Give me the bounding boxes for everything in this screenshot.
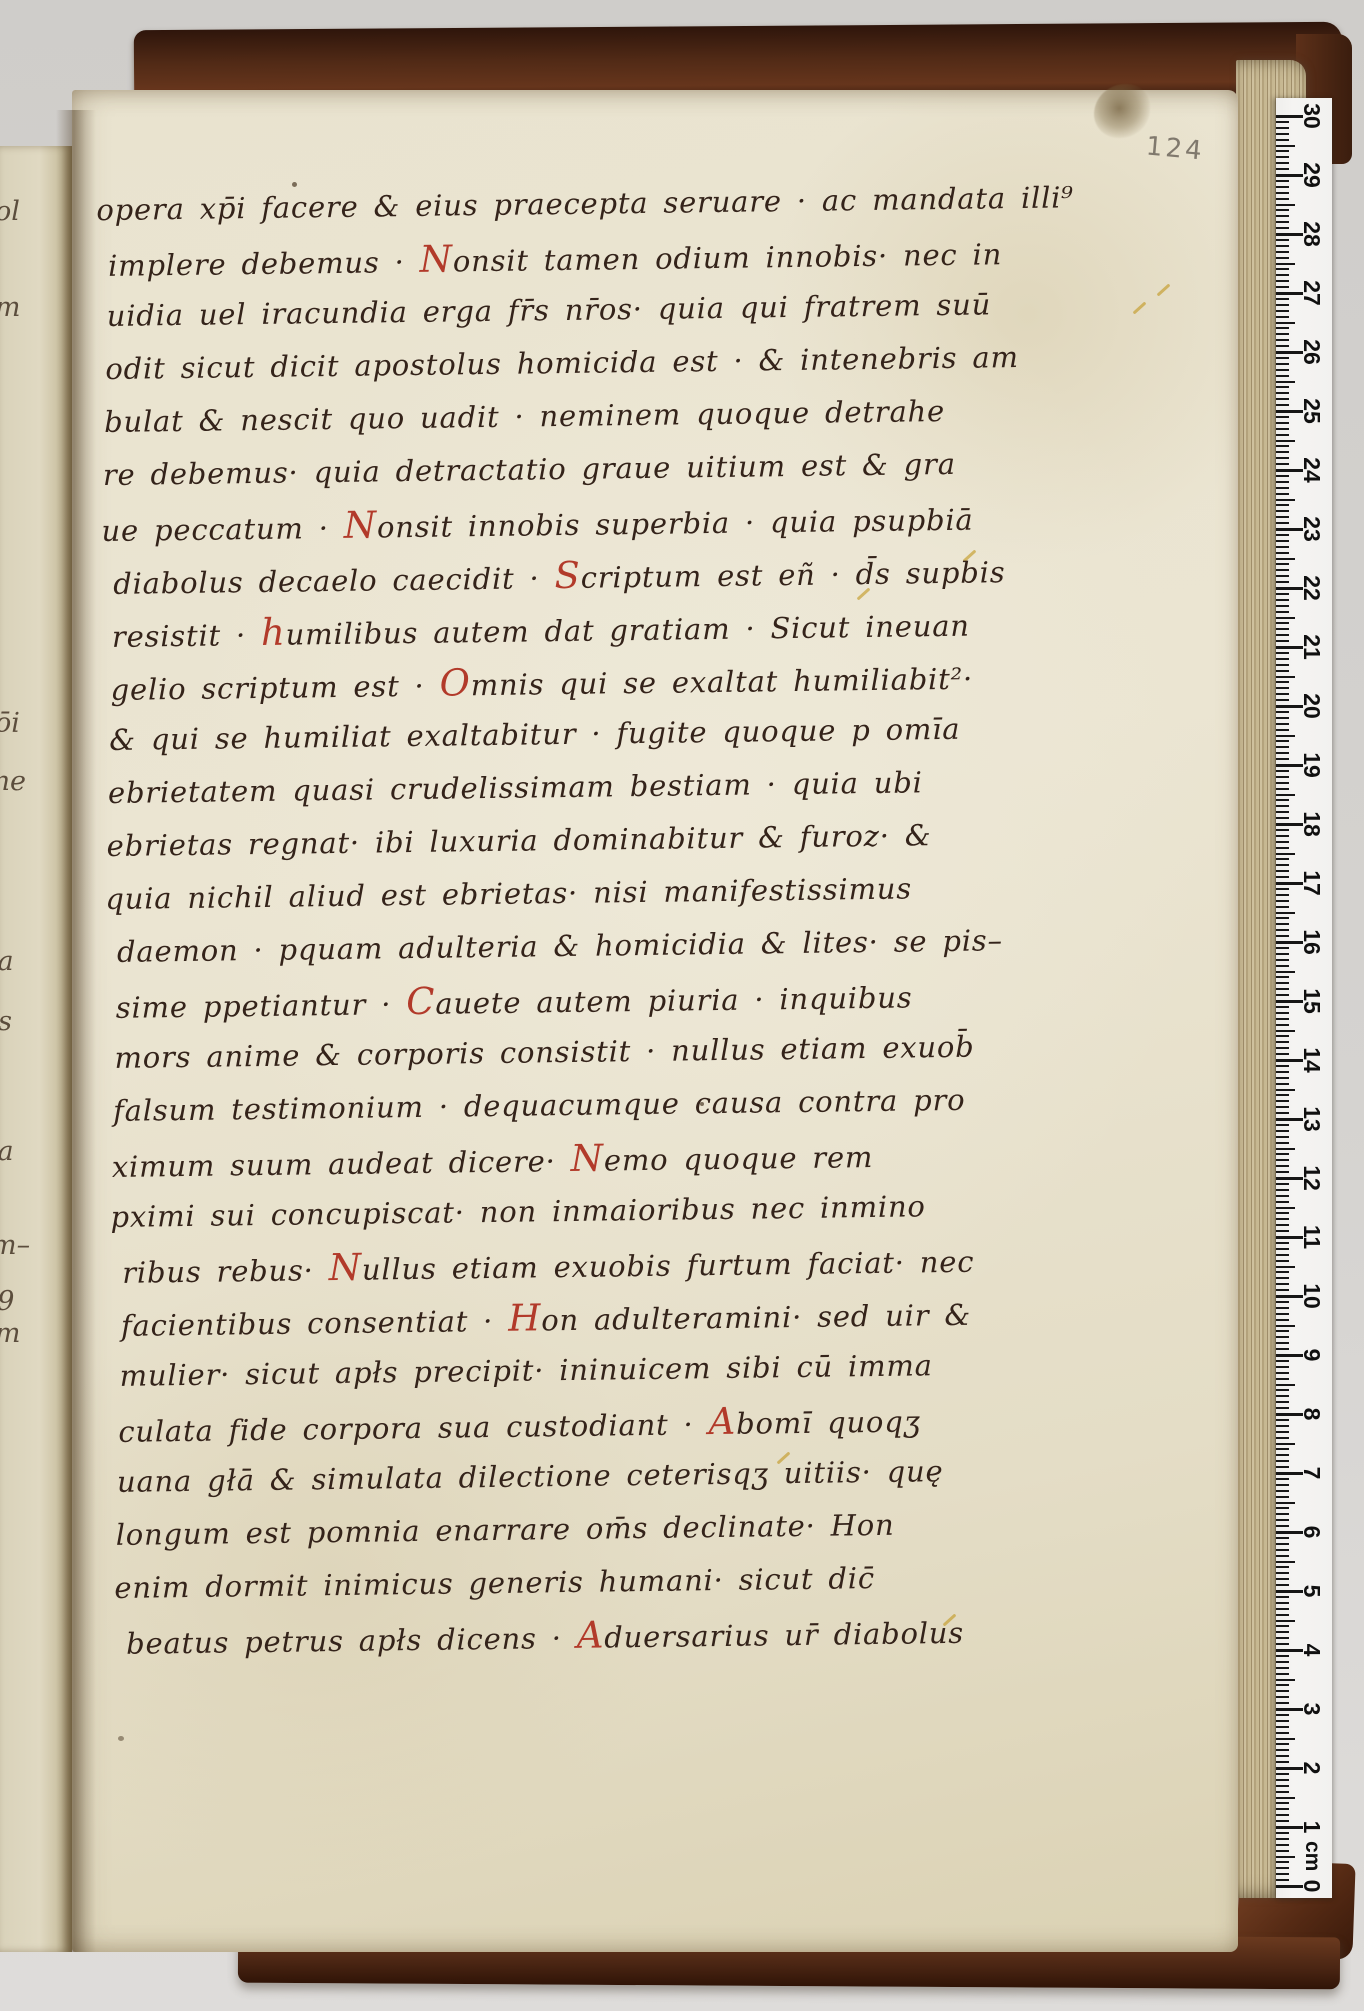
line-text: beatus petrus apłs dicens · xyxy=(126,1621,577,1661)
ruler-tick xyxy=(1276,1012,1289,1014)
ruler-tick xyxy=(1276,1879,1289,1881)
ruler-tick xyxy=(1276,1814,1289,1816)
ruler-tick xyxy=(1276,788,1289,790)
ruler-tick xyxy=(1276,310,1289,312)
ruler-tick xyxy=(1276,1572,1289,1574)
ruler-tick xyxy=(1276,1307,1289,1309)
ruler-tick xyxy=(1276,504,1289,506)
ruler-number: 18 xyxy=(1299,809,1325,839)
ruler-tick xyxy=(1276,1142,1289,1144)
ruler-tick xyxy=(1276,811,1289,813)
ruler-tick xyxy=(1276,357,1289,359)
ruler-number: 22 xyxy=(1299,573,1325,603)
ruler-tick xyxy=(1276,416,1289,418)
ruler-tick xyxy=(1276,133,1289,135)
ruler-tick xyxy=(1276,1714,1289,1716)
ruler-tick xyxy=(1276,209,1289,211)
ruler-tick xyxy=(1276,628,1289,630)
ruler-tick xyxy=(1276,1566,1289,1568)
ruler-tick xyxy=(1276,923,1289,925)
ruler-tick xyxy=(1276,451,1289,453)
ruler-tick xyxy=(1276,900,1289,902)
ruler-tick xyxy=(1276,1850,1289,1852)
line-text: duersarius ur̄ diabolus xyxy=(604,1616,964,1655)
ruler-tick xyxy=(1276,782,1289,784)
ruler-tick xyxy=(1276,1071,1289,1073)
ruler-tick xyxy=(1276,1684,1289,1686)
ruler-tick xyxy=(1276,1519,1289,1521)
facing-page-text-fragment: 9 xyxy=(0,1286,14,1317)
facing-page-text-fragment: a xyxy=(0,946,14,977)
ruler-tick xyxy=(1276,1348,1289,1350)
ruler-tick xyxy=(1276,988,1289,990)
ruler-tick xyxy=(1276,1212,1289,1214)
ruler-number: 30 xyxy=(1299,101,1325,131)
ruler-tick xyxy=(1276,953,1289,955)
ruler-tick xyxy=(1276,1207,1295,1209)
ruler-tick xyxy=(1276,1832,1289,1834)
rubric-initial: N xyxy=(328,1246,362,1289)
ruler-tick xyxy=(1276,1171,1289,1173)
ruler-tick xyxy=(1276,534,1289,536)
ruler-tick xyxy=(1276,1195,1289,1197)
ruler-tick xyxy=(1276,1159,1289,1161)
ruler-tick xyxy=(1276,758,1289,760)
ruler-tick xyxy=(1276,499,1295,501)
line-text: criptum est eñ · d̄s supbis xyxy=(580,555,1005,595)
ruler-tick xyxy=(1276,1561,1295,1563)
ruler-tick xyxy=(1276,622,1289,624)
ruler-tick xyxy=(1276,440,1295,442)
rubric-initial: C xyxy=(406,980,436,1023)
ruler-tick xyxy=(1276,1372,1289,1374)
ruler-number: 27 xyxy=(1299,278,1325,308)
ruler-tick xyxy=(1276,180,1289,182)
ruler-tick xyxy=(1276,1625,1289,1627)
ruler-tick xyxy=(1276,858,1289,860)
ruler-tick xyxy=(1276,569,1289,571)
ruler-tick xyxy=(1276,487,1289,489)
ruler-tick xyxy=(1276,1266,1295,1268)
ruler-tick xyxy=(1276,227,1289,229)
ruler-tick xyxy=(1276,1183,1289,1185)
line-text: resistit · xyxy=(112,618,262,654)
ruler-tick xyxy=(1276,1844,1289,1846)
ruler-number: 16 xyxy=(1299,927,1325,957)
ruler-tick xyxy=(1276,829,1289,831)
ruler-tick xyxy=(1276,1224,1289,1226)
ruler-tick xyxy=(1276,1773,1289,1775)
ruler-tick xyxy=(1276,1543,1289,1545)
ruler-tick xyxy=(1276,699,1289,701)
ruler-number: 28 xyxy=(1299,219,1325,249)
ruler-tick xyxy=(1276,263,1295,265)
ruler-tick xyxy=(1276,386,1289,388)
ruler-tick xyxy=(1276,1130,1289,1132)
ruler-tick xyxy=(1276,971,1295,973)
ruler-number: 25 xyxy=(1299,396,1325,426)
ruler-tick xyxy=(1276,1743,1289,1745)
ruler-tick xyxy=(1276,192,1289,194)
ruler-tick xyxy=(1276,1696,1289,1698)
ruler-tick xyxy=(1276,670,1289,672)
ruler-tick xyxy=(1276,1313,1289,1315)
ruler-tick xyxy=(1276,1030,1295,1032)
ruler-tick xyxy=(1276,221,1289,223)
ruler-tick xyxy=(1276,1389,1289,1391)
ruler-tick xyxy=(1276,322,1295,324)
ruler-tick xyxy=(1276,1867,1289,1869)
ruler-tick xyxy=(1276,752,1289,754)
manuscript-photo: olmōineasam–9m 124 opera xp̄i facere & e… xyxy=(0,0,1364,2011)
ruler-tick xyxy=(1276,552,1289,554)
ruler-tick xyxy=(1276,599,1289,601)
facing-page-text-fragment: ne xyxy=(0,766,26,797)
ruler-tick xyxy=(1276,847,1289,849)
ruler-tick xyxy=(1276,198,1289,200)
ruler-tick xyxy=(1276,1342,1289,1344)
ruler-tick xyxy=(1276,251,1289,253)
ruler-tick xyxy=(1276,445,1289,447)
ruler-tick xyxy=(1276,563,1289,565)
ruler-tick xyxy=(1276,1330,1289,1332)
ruler-tick xyxy=(1276,1053,1289,1055)
ruler-tick xyxy=(1276,481,1289,483)
line-text: on adulteramini· sed uir & xyxy=(541,1298,971,1338)
rubric-initial: N xyxy=(419,237,453,280)
ruler-tick xyxy=(1276,1856,1295,1858)
ruler-tick xyxy=(1276,1643,1289,1645)
ruler-tick xyxy=(1276,1614,1289,1616)
line-text: mnis qui se exaltat humiliabit²· xyxy=(470,662,973,703)
ruler-tick xyxy=(1276,139,1289,141)
ruler-tick xyxy=(1276,634,1289,636)
ruler-tick xyxy=(1276,204,1295,206)
ruler-tick xyxy=(1276,1242,1289,1244)
line-text: ullus etiam exuobis furtum faciat· nec xyxy=(362,1245,975,1287)
ruler-tick xyxy=(1276,1431,1289,1433)
ruler-tick xyxy=(1276,162,1289,164)
line-text: enim dormit inimicus generis humani· sic… xyxy=(114,1561,875,1605)
line-text: mors anime & corporis consistit · nullus… xyxy=(114,1030,975,1075)
ruler-tick xyxy=(1276,1502,1295,1504)
ruler-tick xyxy=(1276,1124,1289,1126)
ruler-number: 19 xyxy=(1299,750,1325,780)
ruler-tick xyxy=(1276,912,1295,914)
rubric-initial: N xyxy=(343,503,377,546)
ruler-tick xyxy=(1276,1749,1289,1751)
ruler-tick xyxy=(1276,805,1289,807)
ruler-tick xyxy=(1276,1584,1289,1586)
ruler-number: 7 xyxy=(1299,1458,1325,1488)
ruler-tick xyxy=(1276,363,1289,365)
line-text: gelio scriptum est · xyxy=(110,669,439,707)
ruler-tick xyxy=(1276,982,1289,984)
ruler-tick xyxy=(1276,1271,1289,1273)
ruler-tick xyxy=(1276,1608,1289,1610)
ruler-tick xyxy=(1276,1024,1289,1026)
ruler-tick xyxy=(1276,1407,1289,1409)
ruler-tick xyxy=(1276,1820,1289,1822)
ruler-tick xyxy=(1276,723,1289,725)
ruler-tick xyxy=(1276,994,1289,996)
line-text: ribus rebus· xyxy=(122,1253,329,1290)
ruler-tick xyxy=(1276,1077,1289,1079)
ruler-number: 5 xyxy=(1299,1576,1325,1606)
ruler-tick xyxy=(1276,664,1289,666)
ruler-tick xyxy=(1276,145,1295,147)
ruler-tick xyxy=(1276,740,1289,742)
facing-page-text-fragment: m xyxy=(0,292,20,323)
ruler-tick xyxy=(1276,1041,1289,1043)
ruler-tick xyxy=(1276,853,1295,855)
ruler-tick xyxy=(1276,1478,1289,1480)
line-text: mulier· sicut apłs precipit· ininuicem s… xyxy=(119,1348,933,1393)
ruler-tick xyxy=(1276,687,1289,689)
ruler-tick xyxy=(1276,186,1289,188)
ruler-tick xyxy=(1276,593,1289,595)
ruler-number: 9 xyxy=(1299,1340,1325,1370)
ruler-tick xyxy=(1276,876,1289,878)
ruler-tick xyxy=(1276,894,1289,896)
ruler-tick xyxy=(1276,522,1289,524)
line-text: uidia uel iracundia erga fr̄s nr̄os· qui… xyxy=(107,287,992,333)
ruler-tick xyxy=(1276,1484,1289,1486)
ruler-tick xyxy=(1276,1661,1289,1663)
line-text: ue peccatum · xyxy=(101,511,344,548)
rubric-initial: N xyxy=(570,1137,604,1180)
ruler-tick xyxy=(1276,1732,1289,1734)
ruler-tick xyxy=(1276,304,1289,306)
ruler-tick xyxy=(1276,333,1289,335)
ruler-tick xyxy=(1276,1395,1289,1397)
ruler-tick xyxy=(1276,392,1289,394)
ruler-tick xyxy=(1276,1466,1289,1468)
ruler-tick xyxy=(1276,475,1289,477)
ruler-tick xyxy=(1276,1738,1295,1740)
ruler-number: 23 xyxy=(1299,514,1325,544)
ruler-tick xyxy=(1276,1437,1289,1439)
ruler-tick xyxy=(1276,1596,1289,1598)
line-text: facientibus consentiat · xyxy=(121,1304,509,1343)
ruler-tick xyxy=(1276,1165,1289,1167)
ruler-tick xyxy=(1276,1006,1289,1008)
ruler-tick xyxy=(1276,345,1289,347)
ruler-tick xyxy=(1276,327,1289,329)
ruler-tick xyxy=(1276,935,1289,937)
ruler-tick xyxy=(1276,1201,1289,1203)
ruler-tick xyxy=(1276,1755,1289,1757)
line-text: ebrietas regnat· ibi luxuria dominabitur… xyxy=(106,818,931,863)
ruler-tick xyxy=(1276,729,1289,731)
line-text: sime ppetiantur · xyxy=(116,987,407,1025)
line-text: umilibus autem dat gratiam · Sicut ineua… xyxy=(285,609,970,652)
ruler-tick xyxy=(1276,280,1289,282)
ruler-tick xyxy=(1276,1018,1289,1020)
line-text: ximum suum audeat dicere· xyxy=(112,1144,571,1184)
ruler-number: 12 xyxy=(1299,1163,1325,1193)
ruler-tick xyxy=(1276,1802,1289,1804)
rubric-initial: S xyxy=(554,554,581,597)
ruler-tick xyxy=(1276,1325,1295,1327)
ruler-tick xyxy=(1276,1602,1289,1604)
ruler-number: 15 xyxy=(1299,986,1325,1016)
ruler-number: 0 xyxy=(1299,1871,1325,1901)
ruler-number: 2 xyxy=(1299,1753,1325,1783)
ruler-tick xyxy=(1276,841,1289,843)
ruler-number: 21 xyxy=(1299,632,1325,662)
line-text: daemon · pquam adulteria & homicidia & l… xyxy=(117,923,1003,969)
ruler-number: 13 xyxy=(1299,1104,1325,1134)
ruler-tick xyxy=(1276,510,1289,512)
ruler-tick xyxy=(1276,575,1289,577)
ruler-tick xyxy=(1276,404,1289,406)
ruler-tick xyxy=(1276,1378,1289,1380)
ruler-tick xyxy=(1276,1277,1289,1279)
ruler-tick xyxy=(1276,605,1289,607)
ruler-tick xyxy=(1276,245,1289,247)
ruler-tick xyxy=(1276,711,1289,713)
ruler-tick xyxy=(1276,1401,1289,1403)
ruler-tick xyxy=(1276,516,1289,518)
ruler-number: 24 xyxy=(1299,455,1325,485)
ruler-tick xyxy=(1276,1631,1289,1633)
ruler-tick xyxy=(1276,434,1289,436)
ruler-tick xyxy=(1276,1490,1289,1492)
ruler-number: 3 xyxy=(1299,1694,1325,1724)
ruler-tick xyxy=(1276,1148,1295,1150)
ruler-tick xyxy=(1276,1537,1289,1539)
ruler-tick xyxy=(1276,298,1289,300)
line-text: culata fide corpora sua custodiant · xyxy=(118,1407,709,1449)
ruler-tick xyxy=(1276,1797,1295,1799)
line-text: implere debemus · xyxy=(108,245,420,283)
ruler-tick xyxy=(1276,493,1289,495)
ruler-unit-label: cm xyxy=(1299,1841,1325,1871)
ruler-tick xyxy=(1276,1419,1289,1421)
folio-number: 124 xyxy=(1145,132,1206,167)
ruler-tick xyxy=(1276,1106,1289,1108)
ruler-tick xyxy=(1276,1620,1295,1622)
line-text: bulat & nescit quo uadit · neminem quoqu… xyxy=(104,394,945,439)
ruler-tick xyxy=(1276,681,1289,683)
ruler-tick xyxy=(1276,1443,1295,1445)
ruler-tick xyxy=(1276,906,1289,908)
ruler-tick xyxy=(1276,1035,1289,1037)
ruler-tick xyxy=(1276,1260,1289,1262)
ruler-tick xyxy=(1276,1360,1289,1362)
ruler-tick xyxy=(1276,1555,1289,1557)
ruler-tick xyxy=(1276,1861,1289,1863)
ruler-tick xyxy=(1276,1384,1295,1386)
ruler-tick xyxy=(1276,1578,1289,1580)
ruler-tick xyxy=(1276,274,1289,276)
facing-page-text-fragment: a xyxy=(0,1136,14,1167)
ruler-tick xyxy=(1276,794,1295,796)
line-text: bomī quoqʒ xyxy=(736,1404,921,1440)
ruler-tick xyxy=(1276,1289,1289,1291)
ruler-tick xyxy=(1276,1083,1289,1085)
ruler-tick xyxy=(1276,611,1289,613)
ruler-tick xyxy=(1276,1655,1289,1657)
ruler-tick xyxy=(1276,422,1289,424)
line-text: opera xp̄i facere & eius praecepta serua… xyxy=(96,180,1074,227)
line-text: pximi sui concupiscat· non inmaioribus n… xyxy=(110,1189,926,1234)
ruler-tick xyxy=(1276,735,1295,737)
ruler-number: 29 xyxy=(1299,160,1325,190)
facing-page-text-fragment: m xyxy=(0,1318,20,1349)
ruler-tick xyxy=(1276,1726,1289,1728)
line-text: falsum testimonium · dequacumque causa c… xyxy=(113,1083,966,1128)
ruler-tick xyxy=(1276,1065,1289,1067)
ruler-number: 17 xyxy=(1299,868,1325,898)
ruler-tick xyxy=(1276,959,1289,961)
line-text: uana głā & simulata dilectione ceterisqʒ… xyxy=(117,1454,944,1499)
ruler-tick xyxy=(1276,156,1289,158)
ruler-tick xyxy=(1276,428,1289,430)
line-text: re debemus· quia detractatio graue uitiu… xyxy=(103,447,956,492)
ruler-tick xyxy=(1276,1094,1289,1096)
ruler-tick xyxy=(1276,1448,1289,1450)
ruler-tick xyxy=(1276,150,1289,152)
line-text: ebrietatem quasi crudelissimam bestiam ·… xyxy=(108,765,923,810)
ruler-tick xyxy=(1276,976,1289,978)
ruler-tick xyxy=(1276,799,1289,801)
ruler-tick xyxy=(1276,1679,1295,1681)
ruler-tick xyxy=(1276,1454,1289,1456)
ruler-tick xyxy=(1276,286,1289,288)
ruler-tick xyxy=(1276,1230,1289,1232)
ruler-tick xyxy=(1276,658,1289,660)
line-text: onsit tamen odium innobis· nec in xyxy=(453,237,1003,278)
ruler-tick xyxy=(1276,1838,1289,1840)
speck xyxy=(118,1736,124,1741)
ruler-tick xyxy=(1276,1513,1289,1515)
ruler-tick xyxy=(1276,1873,1289,1875)
facing-page-text-fragment: s xyxy=(0,1006,12,1037)
ruler-tick xyxy=(1276,1218,1289,1220)
ruler-tick xyxy=(1276,1720,1289,1722)
ruler-tick xyxy=(1276,640,1289,642)
ruler-tick xyxy=(1276,316,1289,318)
ruler-tick xyxy=(1276,817,1289,819)
ruler-tick xyxy=(1276,1254,1289,1256)
ruler-tick xyxy=(1276,127,1289,129)
ruler-tick xyxy=(1276,770,1289,772)
ruler-tick xyxy=(1276,870,1289,872)
ruler-tick xyxy=(1276,1283,1289,1285)
line-text: & qui se humiliat exaltabitur · fugite q… xyxy=(109,712,960,757)
rubric-initial: H xyxy=(508,1296,542,1339)
facing-page-fragments: olmōineasam–9m xyxy=(0,0,52,2011)
ruler-number: 6 xyxy=(1299,1517,1325,1547)
ruler-tick xyxy=(1276,1319,1289,1321)
line-text: emo quoque rem xyxy=(604,1140,874,1178)
ruler-number: 8 xyxy=(1299,1399,1325,1429)
ruler-tick xyxy=(1276,1100,1289,1102)
ruler-number: 20 xyxy=(1299,691,1325,721)
ruler-tick xyxy=(1276,1047,1289,1049)
ruler-tick xyxy=(1276,693,1289,695)
ruler-tick xyxy=(1276,546,1289,548)
text-block: opera xp̄i facere & eius praecepta serua… xyxy=(102,172,1071,1668)
ruler-tick xyxy=(1276,746,1289,748)
ruler-tick xyxy=(1276,1690,1289,1692)
ruler-number: 26 xyxy=(1299,337,1325,367)
ruler-tick xyxy=(1276,1702,1289,1704)
line-text: longum est pomnia enarrare om̄s declinat… xyxy=(115,1508,894,1552)
ruler-tick xyxy=(1276,965,1289,967)
